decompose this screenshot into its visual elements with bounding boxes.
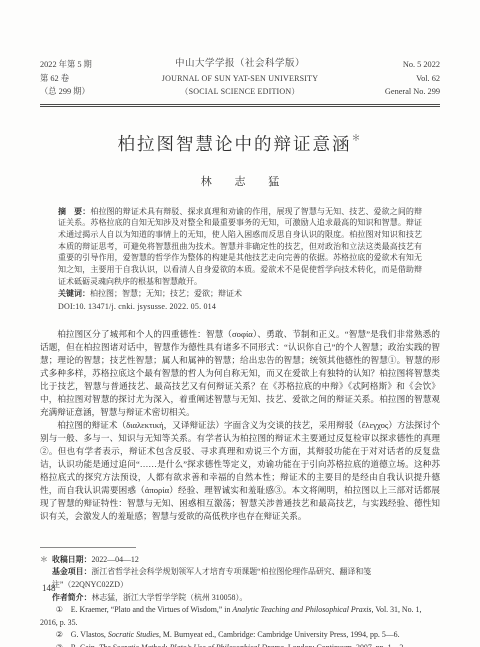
ref-title: Socratic Studies xyxy=(108,630,159,639)
footnote-meta-label: 作者简介： xyxy=(52,593,91,602)
volume-line-en: Vol. 62 xyxy=(330,72,440,86)
footnote-star: ＊ xyxy=(40,554,48,567)
journal-edition-en: （SOCIAL SCIENCE EDITION） xyxy=(150,85,330,99)
footnote-divider xyxy=(40,547,136,548)
title-footnote-mark: ＊ xyxy=(351,133,362,143)
journal-name-block: 中山大学学报（社会科学版） JOURNAL OF SUN YAT-SEN UNI… xyxy=(150,58,330,99)
journal-page: 2022 年第 5 期 第 62 卷 （总 299 期） 中山大学学报（社会科学… xyxy=(0,0,480,647)
body-paragraph: 柏拉图区分了城邦和个人的四重德性：智慧（σοφία）、勇敢、节制和正义。“智慧”… xyxy=(40,328,440,419)
ref-text: ③ R. Cain, xyxy=(56,643,99,647)
footnote-meta-label: 基金项目： xyxy=(52,567,91,576)
ref-title: Analytic Teaching and Philosophical Prax… xyxy=(232,605,371,614)
footnote-refs: ① E. Kraemer, “Plato and the Virtues of … xyxy=(40,604,440,647)
footnote-meta: 基金项目：浙江省哲学社会科学规划领军人才培育专项课题“柏拉图伦理作品研究、翻译和… xyxy=(40,566,440,591)
footnote-meta-value: 2022—04—12 xyxy=(91,555,138,564)
doi: DOI:10. 13471/j. cnki. jsysusse. 2022. 0… xyxy=(58,301,422,313)
article-title-text: 柏拉图智慧论中的辩证意涵 xyxy=(117,134,351,154)
issue-line: 2022 年第 5 期 xyxy=(40,58,150,72)
journal-name-en: JOURNAL OF SUN YAT-SEN UNIVERSITY xyxy=(150,72,330,86)
author-name: 林 志 猛 xyxy=(40,173,440,189)
issue-line-en: No. 5 2022 xyxy=(330,58,440,72)
page-number: 148 xyxy=(42,583,56,593)
footnote-ref: ① E. Kraemer, “Plato and the Virtues of … xyxy=(40,604,440,629)
abstract: 摘 要：柏拉图的辩证术具有辩驳、探求真理和劝谕的作用，展现了智慧与无知、技艺、爱… xyxy=(58,206,422,288)
body-text: 柏拉图区分了城邦和个人的四重德性：智慧（σοφία）、勇敢、节制和正义。“智慧”… xyxy=(40,328,440,523)
header-divider xyxy=(40,104,440,107)
footnote-ref: ③ R. Cain, The Socratic Method: Plato’s … xyxy=(40,642,440,647)
abstract-label: 摘 要： xyxy=(58,207,90,216)
footnote-ref: ② G. Vlastos, Socratic Studies, M. Burny… xyxy=(40,629,440,642)
footnote-meta: ＊收稿日期：2022—04—12 xyxy=(40,554,440,567)
footnote-meta-list: ＊收稿日期：2022—04—12基金项目：浙江省哲学社会科学规划领军人才培育专项… xyxy=(40,554,440,604)
general-issue-line-en: General No. 299 xyxy=(330,85,440,99)
footnote-meta-label: 收稿日期： xyxy=(52,555,91,564)
article-title: 柏拉图智慧论中的辩证意涵＊ xyxy=(40,131,440,156)
keywords-label: 关键词： xyxy=(58,289,90,298)
abstract-text: 柏拉图的辩证术具有辩驳、探求真理和劝谕的作用，展现了智慧与无知、技艺、爱欲之间的… xyxy=(58,207,422,286)
abstract-block: 摘 要：柏拉图的辩证术具有辩驳、探求真理和劝谕的作用，展现了智慧与无知、技艺、爱… xyxy=(58,206,422,313)
footnote-meta: 作者简介：林志猛，浙江大学哲学学院（杭州 310058）。 xyxy=(40,592,440,605)
keywords: 关键词：柏拉图；智慧；无知；技艺；爱欲；辩证术 xyxy=(58,288,422,300)
ref-text: , London: Continuum, 2007, pp. 1—2. xyxy=(284,643,405,647)
journal-name-cn: 中山大学学报（社会科学版） xyxy=(150,58,330,72)
ref-text: ① E. Kraemer, “Plato and the Virtues of … xyxy=(56,605,233,614)
journal-header: 2022 年第 5 期 第 62 卷 （总 299 期） 中山大学学报（社会科学… xyxy=(40,58,440,99)
header-issue-info-en: No. 5 2022 Vol. 62 General No. 299 xyxy=(330,58,440,99)
body-paragraph: 柏拉图的辩证术（διαλεκτική，又译辩证法）字面含义为交谈的技艺，采用辩驳… xyxy=(40,419,440,523)
footnote-area: ＊收稿日期：2022—04—12基金项目：浙江省哲学社会科学规划领军人才培育专项… xyxy=(40,547,440,647)
keywords-text: 柏拉图；智慧；无知；技艺；爱欲；辩证术 xyxy=(90,289,242,298)
footnote-meta-value: 林志猛，浙江大学哲学学院（杭州 310058）。 xyxy=(91,593,247,602)
general-issue-line: （总 299 期） xyxy=(40,85,150,99)
ref-text: ② G. Vlastos, xyxy=(56,630,108,639)
header-issue-info: 2022 年第 5 期 第 62 卷 （总 299 期） xyxy=(40,58,150,99)
ref-title: The Socratic Method: Plato’s Use of Phil… xyxy=(99,643,284,647)
volume-line: 第 62 卷 xyxy=(40,72,150,86)
footnote-meta-value: 浙江省哲学社会科学规划领军人才培育专项课题“柏拉图伦理作品研究、翻译和笺注”（2… xyxy=(52,567,371,589)
ref-text: , M. Burnyeat ed., Cambridge: Cambridge … xyxy=(159,630,400,639)
